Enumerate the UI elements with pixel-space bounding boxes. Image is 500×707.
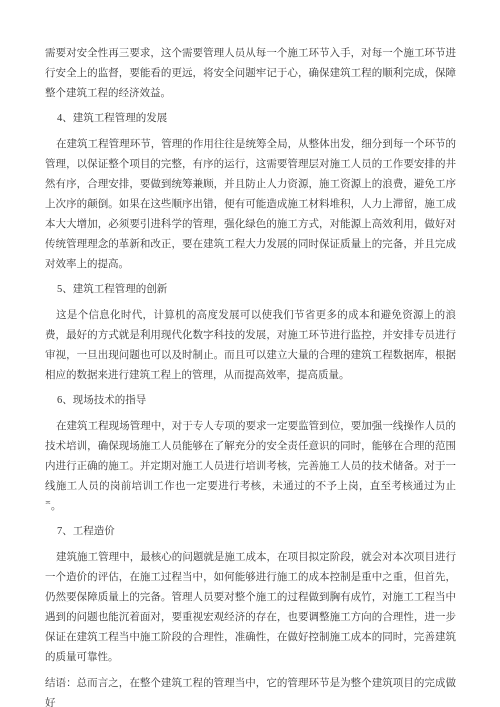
document-page: 需要对安全性再三要求，这个需要管理人员从每一个施工环节入手，对每一个施工环节进行… [0,0,500,707]
section-body-development: 在建筑工程管理环节，管理的作用往往是统筹全局，从整体出发，细分到每一个环节的管理… [45,135,456,275]
section-body-project-cost: 建筑施工管理中，最核心的问题就是施工成本，在项目拟定阶段，就会对本次项目进行一个… [45,548,456,668]
section-body-site-guidance-text: 在建筑工程现场管理中，对于专人专项的要求一定要监管到位，要加强一线操作人员的技术… [45,421,456,492]
intro-paragraph: 需要对安全性再三要求，这个需要管理人员从每一个施工环节入手，对每一个施工环节进行… [45,44,456,104]
section-heading-innovation: 5、建筑工程管理的创新 [45,280,456,300]
section-heading-development: 4、建筑工程管理的发展 [45,109,456,129]
section-body-site-guidance: 在建筑工程现场管理中，对于专人专项的要求一定要监管到位，要加强一线操作人员的技术… [45,417,456,517]
section-body-site-guidance-tail: 。 [51,501,62,512]
section-heading-site-guidance: 6、现场技术的指导 [45,391,456,411]
closing-paragraph: 结语：总而言之，在整个建筑工程的管理当中，它的管理环节是为整个建筑项目的完成做好 [45,674,456,707]
section-body-innovation: 这是个信息化时代，计算机的高度发展可以使我们节省更多的成本和避免资源上的浪费，最… [45,306,456,386]
section-heading-project-cost: 7、工程造价 [45,522,456,542]
